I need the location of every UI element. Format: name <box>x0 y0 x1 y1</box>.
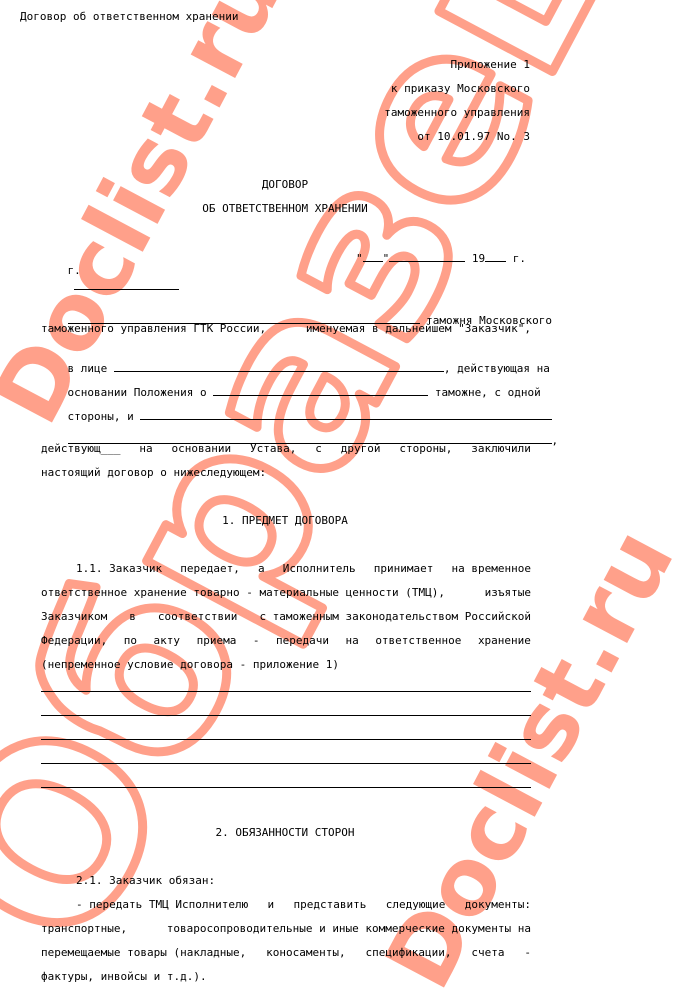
clause-1-1-line-4: Федерации, по акту приема - передачи на … <box>41 634 531 648</box>
clause-2-1-line-1: - передать ТМЦ Исполнителю и представить… <box>76 898 531 912</box>
clause-1-1-line-1: 1.1. Заказчик передает, а Исполнитель пр… <box>76 562 531 576</box>
appendix-line-4: от 10.01.97 No. 3 <box>417 130 530 144</box>
clause-2-1-line-3: перемещаемые товары (накладные, коносаме… <box>41 946 531 960</box>
year-prefix: 19 <box>472 252 485 265</box>
preamble-line-2: таможенного управления ГТК России, имену… <box>41 322 531 336</box>
clause-2-1-line-4: фактуры, инвойсы и т.д.). <box>41 970 207 984</box>
appendix-line-3: таможенного управления <box>384 106 530 120</box>
section-2-heading: 2. ОБЯЗАННОСТИ СТОРОН <box>0 826 570 840</box>
preamble-line-7: действующ___ на основании Устава, с друг… <box>41 442 531 456</box>
contract-title: ДОГОВОР <box>0 178 570 192</box>
appendix-line-2: к приказу Московского <box>391 82 530 96</box>
fill-in-line[interactable] <box>41 715 531 716</box>
document-page: Договор об ответственном хранении Прилож… <box>0 0 700 1000</box>
city-prefix: г. <box>68 264 81 277</box>
date-suffix: г. <box>513 252 526 265</box>
year-blank[interactable] <box>485 250 506 262</box>
contract-subtitle: ОБ ОТВЕТСТВЕННОМ ХРАНЕНИИ <box>0 202 570 216</box>
fill-in-line[interactable] <box>41 787 531 788</box>
month-blank[interactable] <box>389 250 465 262</box>
clause-1-1-line-3: Заказчиком в соответствии с таможенным з… <box>41 610 531 624</box>
clause-1-1-line-2: ответственное хранение товарно - материа… <box>41 586 531 600</box>
city-blank[interactable] <box>74 278 179 290</box>
fill-in-line[interactable] <box>41 739 531 740</box>
clause-1-1-line-5: (непременное условие договора - приложен… <box>41 658 339 672</box>
fill-in-line[interactable] <box>41 763 531 764</box>
day-blank[interactable] <box>363 250 383 262</box>
appendix-line-1: Приложение 1 <box>451 58 530 72</box>
clause-2-1-title: 2.1. Заказчик обязан: <box>76 874 215 888</box>
document-header-title: Договор об ответственном хранении <box>20 10 239 24</box>
preamble-line-8: настоящий договор о нижеследующем: <box>41 466 266 480</box>
date-field: "" 19 г. <box>356 250 526 266</box>
clause-2-1-line-2: транспортные, товаросопроводительные и и… <box>41 922 531 936</box>
section-1-heading: 1. ПРЕДМЕТ ДОГОВОРА <box>0 514 570 528</box>
fill-in-line[interactable] <box>41 691 531 692</box>
